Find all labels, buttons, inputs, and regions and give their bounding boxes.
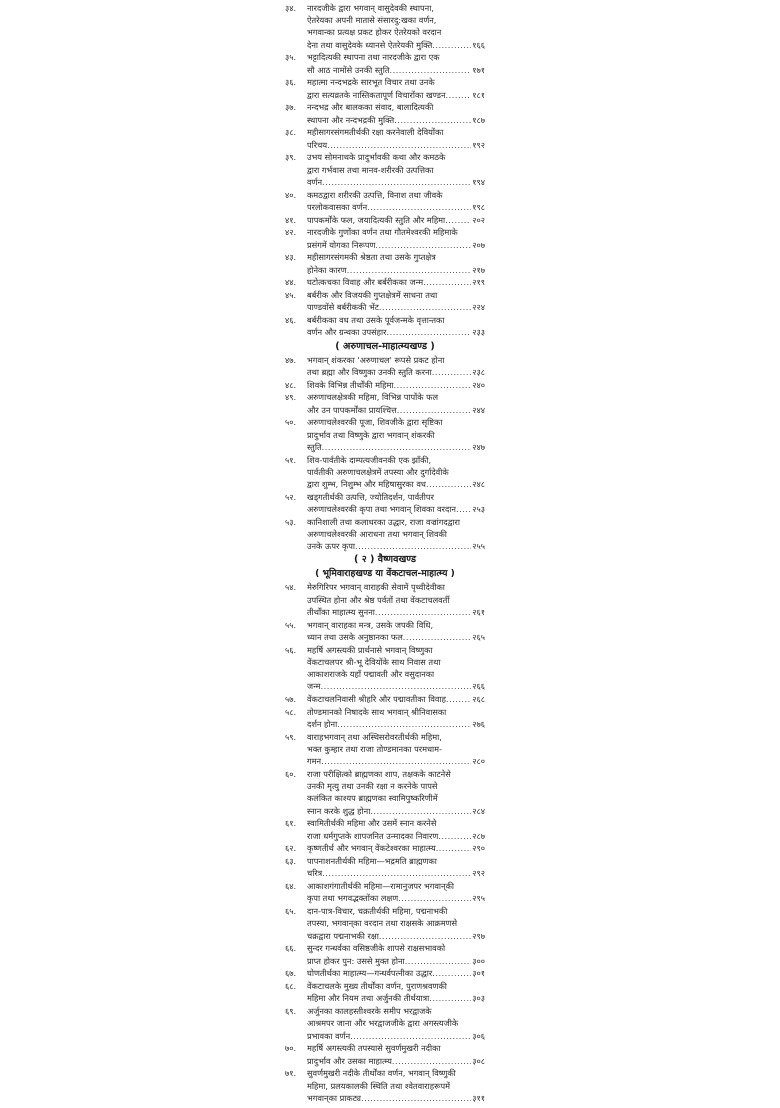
leader-dots: ........................................… [347, 264, 472, 276]
page-number: २६८ [472, 693, 485, 705]
entry-title: वेंकटाचलके मुख्य तीर्थोंका वर्णन, पुराणश… [307, 980, 485, 1004]
leader-dots: ........................................… [390, 64, 472, 76]
entry-line-text: वेंकटाचलनिवासी श्रीहरि और पद्मावतीका विव… [307, 693, 446, 705]
entry-line-text: वर्णन और ग्रन्थका उपसंहार [307, 326, 386, 338]
entry-title: अर्जुनका कालहस्तीश्वरके समीप भरद्वाजकेआश… [307, 1005, 485, 1042]
entry-title: नन्दभद्र और बालकका संवाद, बालादित्यकीस्थ… [307, 101, 485, 125]
entry-title: भगवान् वाराहका मन्त्र, उसके जपकी विधि,ध्… [307, 619, 485, 643]
entry-line: महर्षि अगस्त्यकी प्रार्थनासे भगवान् विष्… [307, 644, 485, 656]
entry-title: कमठद्वारा शरीरकी उत्पत्ति, विनाश तथा जीव… [307, 189, 485, 213]
toc-entry: ५०.अरुणाचलेश्वरकी पूजा, शिवजीके द्वारा स… [285, 416, 485, 453]
page-number: २६५ [472, 631, 485, 643]
page-number: ३०० [472, 955, 485, 967]
page-number: २०७ [472, 239, 485, 251]
entry-line: वर्णन ..................................… [307, 176, 485, 188]
page-number: ३०६ [472, 1030, 485, 1042]
entry-title: भट्टादित्यकी स्थापना तथा नारदजीके द्वारा… [307, 51, 485, 75]
entry-line-text: परिचय [307, 139, 327, 151]
leader-dots: ........................................… [321, 755, 471, 767]
leader-dots: ........................................… [436, 842, 472, 854]
page-number: २४० [472, 379, 485, 391]
entry-line: राजा परीक्षित्को ब्राह्मणका शाप, तक्षकके… [307, 768, 485, 780]
page-number: ३०३ [472, 992, 485, 1004]
leader-dots: ........................................… [392, 1055, 471, 1067]
page-number: २१७ [472, 264, 485, 276]
leader-dots: ........................................… [405, 955, 472, 967]
leader-dots: ........................................… [403, 631, 471, 643]
entry-line-text: शिवके विभिन्न तीर्थोंकी महिमा [307, 379, 393, 391]
entry-title: आकाशगंगातीर्थकी महिमा—रामानुजपर भगवान्‌क… [307, 880, 485, 904]
leader-dots: ........................................… [322, 867, 471, 879]
entry-number: ४८. [285, 379, 307, 391]
entry-line: भट्टादित्यकी स्थापना तथा नारदजीके द्वारा… [307, 51, 485, 63]
toc-entry: ४८.शिवके विभिन्न तीर्थोंकी महिमा .......… [285, 379, 485, 391]
entry-line: राजा धर्मगुप्तके शापजनित उन्मादका निवारण… [307, 830, 485, 842]
entry-line: नारदजीके गुणोंका वर्णन तथा गौतमेश्वरकी म… [307, 226, 485, 238]
entry-title: महात्मा नन्दभद्रके सारभूत विचार तथा उनके… [307, 76, 485, 100]
entry-number: ६७. [285, 967, 307, 979]
entry-title: घटोत्कचका विवाह और बर्बरीकका जन्म ......… [307, 276, 485, 288]
page-number: २३८ [472, 366, 485, 378]
toc-entry: ५३.कानिशाली तथा कलाधरका उद्धार, राजा वज्… [285, 516, 485, 553]
toc-entry: ४२.नारदजीके गुणोंका वर्णन तथा गौतमेश्वरक… [285, 226, 485, 250]
leader-dots: ........................................… [322, 176, 471, 188]
toc-entry: ४३.महीसागरसंगमकी श्रेष्ठता तथा उसके गुप्… [285, 251, 485, 275]
entry-line-text: चरित्र [307, 867, 322, 879]
page-number: २५३ [472, 503, 485, 515]
leader-dots: ........................................… [426, 478, 471, 490]
entry-line: अर्जुनका कालहस्तीश्वरके समीप भरद्वाजके [307, 1005, 485, 1017]
leader-dots: ........................................… [337, 718, 471, 730]
entry-line: महिमा, प्रलयकालकी स्थिति तथा श्वेतवाराहर… [307, 1080, 485, 1092]
entry-line-text: स्नान करके शुद्ध होना [307, 805, 370, 817]
entry-line-text: सौ आठ नामोंसे उनकी स्तुति [307, 64, 390, 76]
entry-line: अरुणाचलक्षेत्रकी महिमा, विभिन्न पापोंके … [307, 391, 485, 403]
leader-dots: ........................................… [350, 1030, 471, 1042]
page-number: २८७ [472, 830, 485, 842]
page-number: २६१ [472, 606, 485, 618]
entry-number: ६९. [285, 1005, 307, 1017]
toc-entry: ५५.भगवान् वाराहका मन्त्र, उसके जपकी विधि… [285, 619, 485, 643]
toc-entry: ६१.स्वामितीर्थकी महिमा और उसमें स्नान कर… [285, 817, 485, 841]
entry-title: बर्बरीक और विजयकी गुप्तक्षेत्रमें साधना … [307, 289, 485, 313]
entry-line-text: परलोकवासका वर्णन [307, 201, 367, 213]
entry-line-text: जन्म [307, 680, 321, 692]
entry-line-text: घोणतीर्थका माहात्म्य—गन्धर्वपत्नीका उद्ध… [307, 967, 432, 979]
leader-dots: ........................................… [375, 606, 471, 618]
toc-entry: ६९.अर्जुनका कालहस्तीश्वरके समीप भरद्वाजक… [285, 1005, 485, 1042]
entry-line: तीर्थोंका माहात्म्य सुनना ..............… [307, 606, 485, 618]
page-number: ३११ [472, 1092, 485, 1104]
toc-entry: ४४.घटोत्कचका विवाह और बर्बरीकका जन्म ...… [285, 276, 485, 288]
entry-line-text: घटोत्कचका विवाह और बर्बरीकका जन्म [307, 276, 423, 288]
entry-line: वाराहभगवान् तथा अस्थिसरोवरतीर्थकी महिमा, [307, 731, 485, 743]
leader-dots: ........................................… [322, 441, 472, 453]
entry-line: तथा ब्रह्मा और विष्णुका उनकी स्तुति करना… [307, 366, 485, 378]
leader-dots: ........................................… [432, 366, 471, 378]
entry-line: भगवान् शंकरका 'अरुणाचल' रूपसे प्रकट होना [307, 354, 485, 366]
entry-line: उनकी मृत्यु तथा उनकी रक्षा न करनेके पापस… [307, 780, 485, 792]
entry-title: दान-पात्र-विचार, चक्रतीर्थकी महिमा, पद्म… [307, 905, 485, 942]
entry-line: आकाशगंगातीर्थकी महिमा—रामानुजपर भगवान्‌क… [307, 880, 485, 892]
entry-line: वेंकटाचलपर श्री-भू देवियोंके साथ निवास त… [307, 656, 485, 668]
entry-title: सुवर्णमुखरी नदीके तीर्थोंका वर्णन, भगवान… [307, 1067, 485, 1104]
toc-entry: ५९.वाराहभगवान् तथा अस्थिसरोवरतीर्थकी महि… [285, 731, 485, 768]
entry-line: स्नान करके शुद्ध होना ..................… [307, 805, 485, 817]
entry-line: परलोकवासका वर्णन .......................… [307, 201, 485, 213]
entry-line: महात्मा नन्दभद्रके सारभूत विचार तथा उनके [307, 76, 485, 88]
entry-line: आकाशराजके यहाँ पद्मावती और वसुदानका [307, 668, 485, 680]
leader-dots: ........................................… [438, 830, 471, 842]
entry-line: मेरुगिरिपर भगवान् वाराहकी सेवामें पृथ्वी… [307, 581, 485, 593]
entry-number: ५६. [285, 644, 307, 656]
entry-line-text: स्तुति [307, 441, 322, 453]
toc-group-arunachala: ४७.भगवान् शंकरका 'अरुणाचल' रूपसे प्रकट ह… [285, 354, 485, 553]
entry-line: कलंकित काश्यप ब्राह्मणका स्वामिपुष्करिणी… [307, 792, 485, 804]
entry-line-text: पापकर्मोंके फल, जयादित्यकी स्तुति और महि… [307, 214, 445, 226]
page-number: १९४ [472, 176, 485, 188]
entry-title: नारदजीके गुणोंका वर्णन तथा गौतमेश्वरकी म… [307, 226, 485, 250]
entry-line: द्वारा शुम्भ, निशुम्भ और महिषासुरका वध .… [307, 478, 485, 490]
entry-line-text: राजा धर्मगुप्तके शापजनित उन्मादका निवारण [307, 830, 438, 842]
leader-dots: ........................................… [429, 992, 471, 1004]
toc-entry: ४६.बर्बरीकका वध तथा उसके पूर्वजन्मके वृत… [285, 314, 485, 338]
toc-entry: ३५.भट्टादित्यकी स्थापना तथा नारदजीके द्व… [285, 51, 485, 75]
entry-line: द्वारा गर्भवास तथा मानव-शरीरकी उत्पत्तिक… [307, 164, 485, 176]
leader-dots: ........................................… [393, 379, 471, 391]
entry-line: पापनाशनतीर्थकी महिमा—भद्रमति ब्राह्मणका [307, 855, 485, 867]
entry-line-text: पाण्डवोंसे बर्बरीककी भेंट [307, 301, 379, 313]
page-number: २९५ [472, 892, 485, 904]
page-number: २९० [472, 842, 485, 854]
entry-line-text: उनके ऊपर कृपा [307, 540, 355, 552]
page-number: २०२ [472, 214, 485, 226]
section-heading-arunachala: ( अरुणाचल-माहात्म्यखण्ड ) [285, 340, 485, 353]
toc-entry: ४७.भगवान् शंकरका 'अरुणाचल' रूपसे प्रकट ह… [285, 354, 485, 378]
leader-dots: ........................................… [367, 201, 471, 213]
entry-title: वेंकटाचलनिवासी श्रीहरि और पद्मावतीका विव… [307, 693, 485, 705]
entry-number: ७०. [285, 1042, 307, 1054]
entry-line-text: गमन [307, 755, 321, 767]
page-number: २९७ [472, 930, 485, 942]
entry-number: ६२. [285, 842, 307, 854]
entry-line: परिचय ..................................… [307, 139, 485, 151]
entry-line: भगवान्का प्रत्यक्ष प्रकट होकर ऐतरेयको वर… [307, 26, 485, 38]
entry-line: भक्त कुम्हार तथा राजा तोण्डमानका परमधाम- [307, 743, 485, 755]
entry-line-text: वर्णन [307, 176, 322, 188]
entry-line: बर्बरीक और विजयकी गुप्तक्षेत्रमें साधना … [307, 289, 485, 301]
entry-line: खड्गतीर्थकी उत्पत्ति, ज्योतिदर्शन, पार्व… [307, 491, 485, 503]
leader-dots: ........................................… [445, 214, 471, 226]
entry-title: भगवान् शंकरका 'अरुणाचल' रूपसे प्रकट होना… [307, 354, 485, 378]
page-number: २२४ [472, 301, 485, 313]
toc-entry: ७१.सुवर्णमुखरी नदीके तीर्थोंका वर्णन, भग… [285, 1067, 485, 1104]
toc-entry: ६८.वेंकटाचलके मुख्य तीर्थोंका वर्णन, पुर… [285, 980, 485, 1004]
entry-line: द्वारा सत्यव्रतके नास्तिकतापूर्ण विचारों… [307, 89, 485, 101]
entry-number: ५९. [285, 731, 307, 743]
entry-number: ५२. [285, 491, 307, 503]
entry-number: ३७. [285, 101, 307, 113]
entry-line-text: भगवान्‌का प्राकट्य [307, 1092, 361, 1104]
leader-dots: ........................................… [379, 301, 471, 313]
toc-entry: ६५.दान-पात्र-विचार, चक्रतीर्थकी महिमा, प… [285, 905, 485, 942]
entry-title: महीसागरसंगमकी श्रेष्ठता तथा उसके गुप्तक्… [307, 251, 485, 275]
entry-line: अरुणाचलेश्वरकी आराधना तथा भगवान् शिवकी [307, 528, 485, 540]
toc-entry: ६२.कृष्णतीर्थ और भगवान् वेंकटेश्वरका माह… [285, 842, 485, 854]
toc-entry: ४१.पापकर्मोंके फल, जयादित्यकी स्तुति और … [285, 214, 485, 226]
entry-title: तोण्डमानको निषादके साथ भगवान् श्रीनिवासक… [307, 706, 485, 730]
entry-title: महीसागरसंगमतीर्थकी रक्षा करनेवाली देवियो… [307, 126, 485, 150]
entry-line-text: अरुणाचलेश्वरकी कृपा तथा भगवान् शिवका वरद… [307, 503, 456, 515]
entry-title: नारदजीके द्वारा भगवान् वासुदेवकी स्थापना… [307, 2, 485, 51]
entry-line: चक्रद्वारा पद्मनाभकी रक्षा .............… [307, 930, 485, 942]
page-number: २६६ [472, 680, 485, 692]
entry-number: ५७. [285, 693, 307, 705]
entry-number: ६६. [285, 942, 307, 954]
leader-dots: ........................................… [446, 693, 471, 705]
entry-line-text: प्रभावका वर्णन [307, 1030, 350, 1042]
toc-entry: ४५.बर्बरीक और विजयकी गुप्तक्षेत्रमें साध… [285, 289, 485, 313]
entry-number: ५१. [285, 454, 307, 466]
leader-dots: ........................................… [327, 139, 471, 151]
entry-line: पाण्डवोंसे बर्बरीककी भेंट ..............… [307, 301, 485, 313]
toc-group-venkatachala: ५४.मेरुगिरिपर भगवान् वाराहकी सेवामें पृथ… [285, 581, 485, 1104]
entry-line: भगवान् वाराहका मन्त्र, उसके जपकी विधि, [307, 619, 485, 631]
entry-line: सुन्दर गन्धर्वका वसिष्ठजीके शापसे राक्षस… [307, 942, 485, 954]
entry-number: ७१. [285, 1067, 307, 1079]
entry-line: वर्णन और ग्रन्थका उपसंहार ..............… [307, 326, 485, 338]
entry-line: उपस्थित होना और श्रेष्ठ पर्वतों तथा वेंक… [307, 594, 485, 606]
page-number: २८४ [472, 805, 485, 817]
entry-number: ४७. [285, 354, 307, 366]
entry-title: पापकर्मोंके फल, जयादित्यकी स्तुति और महि… [307, 214, 485, 226]
toc-entry: ३७.नन्दभद्र और बालकका संवाद, बालादित्यकी… [285, 101, 485, 125]
entry-title: शिव-पार्वतीके दाम्पत्यजीवनकी एक झाँकी,पा… [307, 454, 485, 491]
toc-entry: ४९.अरुणाचलक्षेत्रकी महिमा, विभिन्न पापों… [285, 391, 485, 415]
entry-line-text: दर्शन होना [307, 718, 337, 730]
entry-line: भगवान्‌का प्राकट्य .....................… [307, 1092, 485, 1104]
entry-line: महीसागरसंगमकी श्रेष्ठता तथा उसके गुप्तक्… [307, 251, 485, 263]
entry-line: गमन ....................................… [307, 755, 485, 767]
entry-title: राजा परीक्षित्को ब्राह्मणका शाप, तक्षकके… [307, 768, 485, 817]
entry-line: प्रादुर्भाव और उसका माहात्म्य ..........… [307, 1055, 485, 1067]
leader-dots: ........................................… [370, 805, 471, 817]
entry-number: ४५. [285, 289, 307, 301]
page-number: १८७ [472, 114, 485, 126]
entry-line: जन्म ...................................… [307, 680, 485, 692]
entry-line: नारदजीके द्वारा भगवान् वासुदेवकी स्थापना… [307, 2, 485, 14]
entry-line-text: द्वारा शुम्भ, निशुम्भ और महिषासुरका वध [307, 478, 426, 490]
toc-entry: ३८.महीसागरसंगमतीर्थकी रक्षा करनेवाली देव… [285, 126, 485, 150]
entry-title: पापनाशनतीर्थकी महिमा—भद्रमति ब्राह्मणकाच… [307, 855, 485, 879]
leader-dots: ........................................… [397, 404, 472, 416]
entry-number: ३६. [285, 76, 307, 88]
entry-line: उभय सोमनाथके प्रादुर्भावकी कथा और कमठके [307, 151, 485, 163]
entry-line-text: प्राप्त होकर पुन: उससे मुक्त होना [307, 955, 405, 967]
leader-dots: ........................................… [355, 540, 471, 552]
entry-line-text: द्वारा सत्यव्रतके नास्तिकतापूर्ण विचारों… [307, 89, 446, 101]
page-number: २१९ [472, 276, 485, 288]
entry-number: ५५. [285, 619, 307, 631]
entry-line-text: कृष्णतीर्थ और भगवान् वेंकटेश्वरका माहात्… [307, 842, 436, 854]
entry-number: ६०. [285, 768, 307, 780]
page-number: २९२ [472, 867, 485, 879]
entry-line: सुवर्णमुखरी नदीके तीर्थोंका वर्णन, भगवान… [307, 1067, 485, 1079]
entry-title: बर्बरीकका वध तथा उसके पूर्वजन्मके वृत्ता… [307, 314, 485, 338]
entry-line-text: ध्यान तथा उसके अनुष्ठानका फल [307, 631, 403, 643]
entry-line: स्तुति .................................… [307, 441, 485, 453]
entry-number: ६४. [285, 880, 307, 892]
entry-line: तपस्या, भगवान्‌का वरदान तथा राक्षसके आक्… [307, 917, 485, 929]
entry-line: तोण्डमानको निषादके साथ भगवान् श्रीनिवासक… [307, 706, 485, 718]
entry-line: प्रसंगमें योगका निरूपण .................… [307, 239, 485, 251]
entry-number: ५०. [285, 416, 307, 428]
toc-entry: ५८.तोण्डमानको निषादके साथ भगवान् श्रीनिव… [285, 706, 485, 730]
toc-entry: ३९.उभय सोमनाथके प्रादुर्भावकी कथा और कमठ… [285, 151, 485, 188]
leader-dots: ........................................… [456, 503, 471, 515]
entry-line: महिमा और नियम तथा अर्जुनकी तीर्थयात्रा .… [307, 992, 485, 1004]
entry-line: बर्बरीकका वध तथा उसके पूर्वजन्मके वृत्ता… [307, 314, 485, 326]
entry-line: दर्शन होना .............................… [307, 718, 485, 730]
leader-dots: ........................................… [446, 89, 472, 101]
entry-number: ६५. [285, 905, 307, 917]
page-number: १९८ [472, 201, 485, 213]
entry-number: ३९. [285, 151, 307, 163]
entry-number: ६८. [285, 980, 307, 992]
toc-entry: ६७.घोणतीर्थका माहात्म्य—गन्धर्वपत्नीका उ… [285, 967, 485, 979]
page-number: १८१ [472, 89, 485, 101]
entry-line: और उन पापकर्मोंका प्रायश्चित्त .........… [307, 404, 485, 416]
toc-entry: ६६.सुन्दर गन्धर्वका वसिष्ठजीके शापसे राक… [285, 942, 485, 966]
entry-line-text: चक्रद्वारा पद्मनाभकी रक्षा [307, 930, 379, 942]
entry-title: मेरुगिरिपर भगवान् वाराहकी सेवामें पृथ्वी… [307, 581, 485, 618]
entry-number: ४३. [285, 251, 307, 263]
page-number: २४८ [472, 478, 485, 490]
section-subheading-venkatachala: ( भूमिवाराहखण्ड या वेंकटाचल-माहात्म्य ) [285, 567, 485, 580]
toc-entry: ४०.कमठद्वारा शरीरकी उत्पत्ति, विनाश तथा … [285, 189, 485, 213]
entry-line: अरुणाचलेश्वरकी पूजा, शिवजीके द्वारा सृष्… [307, 416, 485, 428]
entry-line: उनके ऊपर कृपा ..........................… [307, 540, 485, 552]
entry-line: प्रादुर्भाव तथा विष्णुके द्वारा भगवान् श… [307, 429, 485, 441]
entry-title: वाराहभगवान् तथा अस्थिसरोवरतीर्थकी महिमा,… [307, 731, 485, 768]
toc-entry: ६३.पापनाशनतीर्थकी महिमा—भद्रमति ब्राह्मण… [285, 855, 485, 879]
page-number: २७६ [472, 718, 485, 730]
toc-entry: ७०.महर्षि अगस्त्यकी तपस्यासे सुवर्णमुखरी… [285, 1042, 485, 1066]
leader-dots: ........................................… [375, 239, 471, 251]
page-number: २३३ [472, 326, 485, 338]
toc-entry: ५४.मेरुगिरिपर भगवान् वाराहकी सेवामें पृथ… [285, 581, 485, 618]
entry-line: पापकर्मोंके फल, जयादित्यकी स्तुति और महि… [307, 214, 485, 226]
entry-number: ४०. [285, 189, 307, 201]
entry-title: महर्षि अगस्त्यकी तपस्यासे सुवर्णमुखरी नद… [307, 1042, 485, 1066]
toc-entry: ५२.खड्गतीर्थकी उत्पत्ति, ज्योतिदर्शन, पा… [285, 491, 485, 515]
leader-dots: ........................................… [379, 930, 471, 942]
entry-title: उभय सोमनाथके प्रादुर्भावकी कथा और कमठकेद… [307, 151, 485, 188]
leader-dots: ........................................… [432, 39, 471, 51]
entry-title: कृष्णतीर्थ और भगवान् वेंकटेश्वरका माहात्… [307, 842, 485, 854]
entry-number: ५८. [285, 706, 307, 718]
entry-line: होनेका कारण ............................… [307, 264, 485, 276]
page-number: २४७ [472, 441, 485, 453]
entry-title: अरुणाचलेश्वरकी पूजा, शिवजीके द्वारा सृष्… [307, 416, 485, 453]
toc-entry: ५७.वेंकटाचलनिवासी श्रीहरि और पद्मावतीका … [285, 693, 485, 705]
entry-title: सुन्दर गन्धर्वका वसिष्ठजीके शापसे राक्षस… [307, 942, 485, 966]
page-number: २८० [472, 755, 485, 767]
entry-line: स्थापना और नन्दभद्रकी मुक्ति ...........… [307, 114, 485, 126]
leader-dots: ........................................… [423, 276, 471, 288]
entry-number: ५४. [285, 581, 307, 593]
entry-line: अरुणाचलेश्वरकी कृपा तथा भगवान् शिवका वरद… [307, 503, 485, 515]
leader-dots: ........................................… [394, 114, 471, 126]
entry-line: घटोत्कचका विवाह और बर्बरीकका जन्म ......… [307, 276, 485, 288]
entry-line-text: महिमा और नियम तथा अर्जुनकी तीर्थयात्रा [307, 992, 429, 1004]
entry-number: ५३. [285, 516, 307, 528]
page-number: ३०१ [472, 967, 485, 979]
entry-line-text: देना तथा वासुदेवके ध्यानसे ऐतरेयकी मुक्त… [307, 39, 432, 51]
entry-number: ४६. [285, 314, 307, 326]
page-number: २४४ [472, 404, 485, 416]
entry-line: प्राप्त होकर पुन: उससे मुक्त होना ......… [307, 955, 485, 967]
entry-line: आश्रमपर जाना और भरद्वाजजीके द्वारा अगस्त… [307, 1017, 485, 1029]
toc-group-skanda: ३४.नारदजीके द्वारा भगवान् वासुदेवकी स्था… [285, 2, 485, 339]
entry-title: घोणतीर्थका माहात्म्य—गन्धर्वपत्नीका उद्ध… [307, 967, 485, 979]
entry-number: ३५. [285, 51, 307, 63]
entry-number: ३८. [285, 126, 307, 138]
entry-line: शिवके विभिन्न तीर्थोंकी महिमा ..........… [307, 379, 485, 391]
entry-line: महर्षि अगस्त्यकी तपस्यासे सुवर्णमुखरी नद… [307, 1042, 485, 1054]
page-number: १६६ [472, 39, 485, 51]
entry-number: ४४. [285, 276, 307, 288]
entry-line-text: तथा ब्रह्मा और विष्णुका उनकी स्तुति करना [307, 366, 432, 378]
page-number: १९२ [472, 139, 485, 151]
entry-line: वेंकटाचलके मुख्य तीर्थोंका वर्णन, पुराणश… [307, 980, 485, 992]
entry-line: पार्वतीकी अरुणाचलक्षेत्रमें तपस्या और दु… [307, 466, 485, 478]
entry-line: ऐतरेयका अपनी मातासे संसारदु:खका वर्णन, [307, 14, 485, 26]
page-number: १७१ [472, 64, 485, 76]
entry-title: स्वामितीर्थकी महिमा और उसमें स्नान करनेस… [307, 817, 485, 841]
entry-line: शिव-पार्वतीके दाम्पत्यजीवनकी एक झाँकी, [307, 454, 485, 466]
leader-dots: ........................................… [398, 892, 471, 904]
toc-entry: ३४.नारदजीके द्वारा भगवान् वासुदेवकी स्था… [285, 2, 485, 51]
entry-line: महीसागरसंगमतीर्थकी रक्षा करनेवाली देवियो… [307, 126, 485, 138]
entry-title: खड्गतीर्थकी उत्पत्ति, ज्योतिदर्शन, पार्व… [307, 491, 485, 515]
entry-line: चरित्र .................................… [307, 867, 485, 879]
entry-line: कृष्णतीर्थ और भगवान् वेंकटेश्वरका माहात्… [307, 842, 485, 854]
entry-line-text: तीर्थोंका माहात्म्य सुनना [307, 606, 375, 618]
entry-line: सौ आठ नामोंसे उनकी स्तुति ..............… [307, 64, 485, 76]
entry-title: अरुणाचलक्षेत्रकी महिमा, विभिन्न पापोंके … [307, 391, 485, 415]
toc-entry: ६४.आकाशगंगातीर्थकी महिमा—रामानुजपर भगवान… [285, 880, 485, 904]
entry-line-text: प्रादुर्भाव और उसका माहात्म्य [307, 1055, 392, 1067]
entry-line-text: और उन पापकर्मोंका प्रायश्चित्त [307, 404, 397, 416]
entry-line: वेंकटाचलनिवासी श्रीहरि और पद्मावतीका विव… [307, 693, 485, 705]
entry-number: ३४. [285, 2, 307, 14]
entry-line: कानिशाली तथा कलाधरका उद्धार, राजा वज्रां… [307, 516, 485, 528]
entry-line-text: स्थापना और नन्दभद्रकी मुक्ति [307, 114, 394, 126]
entry-line: प्रभावका वर्णन .........................… [307, 1030, 485, 1042]
entry-line: घोणतीर्थका माहात्म्य—गन्धर्वपत्नीका उद्ध… [307, 967, 485, 979]
toc-entry: ३६.महात्मा नन्दभद्रके सारभूत विचार तथा उ… [285, 76, 485, 100]
entry-number: ४१. [285, 214, 307, 226]
entry-title: महर्षि अगस्त्यकी प्रार्थनासे भगवान् विष्… [307, 644, 485, 693]
entry-line-text: कृपा तथा भगवद्भक्तोंका लक्षण [307, 892, 398, 904]
toc-entry: ५६.महर्षि अगस्त्यकी प्रार्थनासे भगवान् व… [285, 644, 485, 693]
entry-title: कानिशाली तथा कलाधरका उद्धार, राजा वज्रां… [307, 516, 485, 553]
entry-line: कृपा तथा भगवद्भक्तोंका लक्षण ...........… [307, 892, 485, 904]
entry-number: ६३. [285, 855, 307, 867]
page-number: २५५ [472, 540, 485, 552]
entry-line: दान-पात्र-विचार, चक्रतीर्थकी महिमा, पद्म… [307, 905, 485, 917]
